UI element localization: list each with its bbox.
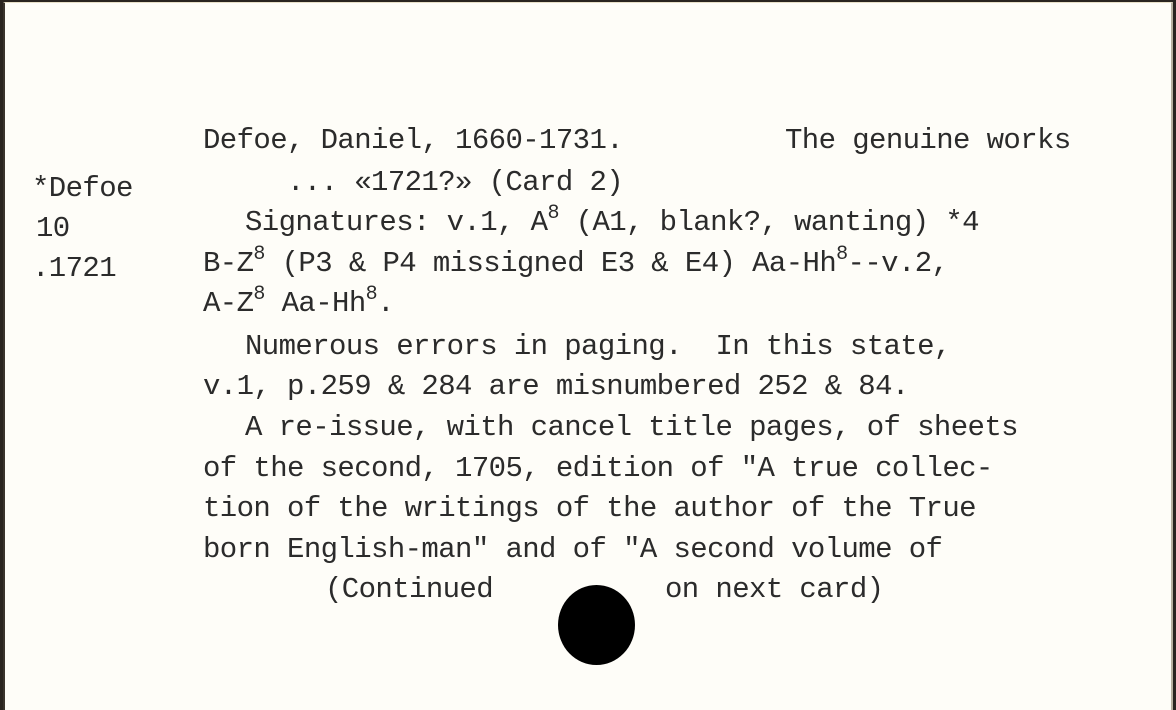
- note-line-2: v.1, p.259 & 284 are misnumbered 252 & 8…: [203, 372, 909, 401]
- catalog-card: *Defoe 10 .1721 Defoe, Daniel, 1660-1731…: [3, 2, 1173, 710]
- note-line-5: tion of the writings of the author of th…: [203, 494, 976, 523]
- note-line-6: born English-man" and of "A second volum…: [203, 535, 942, 564]
- continued-right: on next card): [665, 575, 883, 604]
- signatures-line-3: A-Z8 Aa-Hh8.: [203, 289, 394, 318]
- note-line-3: A re-issue, with cancel title pages, of …: [245, 413, 1018, 442]
- signatures-line-1: Signatures: v.1, A8 (A1, blank?, wanting…: [245, 208, 979, 237]
- title-start: The genuine works: [785, 126, 1071, 155]
- signatures-line-2: B-Z8 (P3 & P4 missigned E3 & E4) Aa-Hh8-…: [203, 249, 948, 278]
- note-line-1: Numerous errors in paging. In this state…: [245, 332, 951, 361]
- call-number-line-3: .1721: [32, 254, 116, 283]
- continued-left: (Continued: [325, 575, 493, 604]
- note-line-4: of the second, 1705, edition of "A true …: [203, 454, 993, 483]
- call-number-line-2: 10: [36, 214, 70, 243]
- call-number-line-1: *Defoe: [32, 174, 133, 203]
- title-continuation: ... «1721?» (Card 2): [287, 168, 623, 197]
- punch-hole: [558, 585, 635, 665]
- author-heading: Defoe, Daniel, 1660-1731.: [203, 126, 623, 155]
